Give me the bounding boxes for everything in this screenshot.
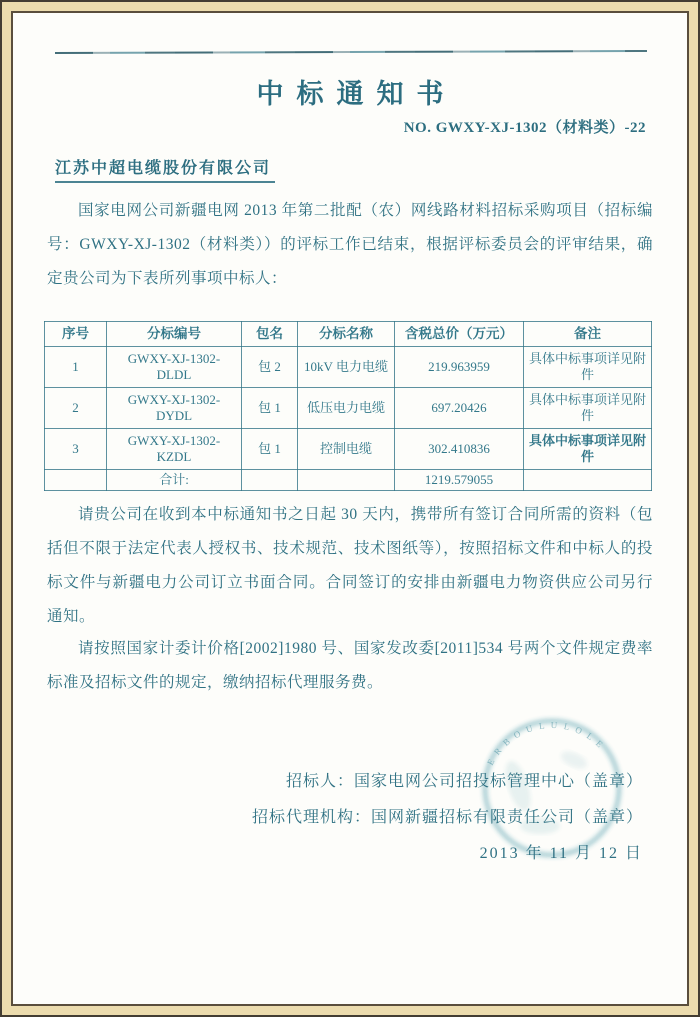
cell-empty — [524, 470, 652, 491]
cell-empty — [242, 470, 298, 491]
cell-remark: 具体中标事项详见附件 — [524, 347, 652, 388]
recipient-company-name: 江苏中超电缆股份有限公司 — [55, 155, 275, 183]
table-row: 2 GWXY-XJ-1302-DYDL 包 1 低压电力电缆 697.20426… — [45, 388, 652, 429]
cell-lot-name: 10kV 电力电缆 — [298, 347, 395, 388]
award-table-header-row: 序号 分标编号 包名 分标名称 含税总价（万元） 备注 — [45, 322, 652, 347]
cell-package: 包 1 — [242, 429, 298, 470]
cell-empty — [45, 470, 107, 491]
header-seq-no: 序号 — [45, 322, 107, 347]
cell-price: 697.20426 — [395, 388, 524, 429]
document-title: 中标通知书 — [0, 72, 700, 111]
cell-lot-code: GWXY-XJ-1302-DYDL — [107, 388, 242, 429]
table-row: 1 GWXY-XJ-1302-DLDL 包 2 10kV 电力电缆 219.96… — [45, 347, 652, 388]
cell-remark: 具体中标事项详见附件 — [524, 388, 652, 429]
cell-seq: 2 — [45, 388, 107, 429]
date-line: 2013 年 11 月 12 日 — [252, 836, 643, 872]
cell-seq: 3 — [45, 429, 107, 470]
signature-block: 招标人：国家电网公司招投标管理中心（盖章） 招标代理机构：国网新疆招标有限责任公… — [252, 764, 643, 872]
header-lot-name: 分标名称 — [298, 322, 395, 347]
cell-price: 219.963959 — [395, 347, 524, 388]
total-label: 合计: — [107, 470, 242, 491]
table-row: 3 GWXY-XJ-1302-KZDL 包 1 控制电缆 302.410836 … — [45, 429, 652, 470]
cell-package: 包 1 — [242, 388, 298, 429]
cell-package: 包 2 — [242, 347, 298, 388]
award-table: 序号 分标编号 包名 分标名称 含税总价（万元） 备注 1 GWXY-XJ-13… — [44, 321, 652, 491]
header-lot-code: 分标编号 — [107, 322, 242, 347]
cell-remark: 具体中标事项详见附件 — [524, 429, 652, 470]
fee-instructions-paragraph: 请按照国家计委计价格[2002]1980 号、国家发改委[2011]534 号两… — [47, 632, 653, 700]
contract-instructions-paragraph: 请贵公司在收到本中标通知书之日起 30 天内，携带所有签订合同所需的资料（包括但… — [47, 498, 653, 634]
header-package: 包名 — [242, 322, 298, 347]
agency-signature-line: 招标代理机构：国网新疆招标有限责任公司（盖章） — [252, 800, 643, 836]
cell-empty — [298, 470, 395, 491]
document-number: NO. GWXY-XJ-1302（材料类）-22 — [404, 116, 646, 137]
cell-lot-code: GWXY-XJ-1302-DLDL — [107, 347, 242, 388]
cell-price: 302.410836 — [395, 429, 524, 470]
cell-lot-code: GWXY-XJ-1302-KZDL — [107, 429, 242, 470]
cell-seq: 1 — [45, 347, 107, 388]
bidder-signature-line: 招标人：国家电网公司招投标管理中心（盖章） — [252, 764, 643, 800]
header-remark: 备注 — [524, 322, 652, 347]
total-value: 1219.579055 — [395, 470, 524, 491]
intro-paragraph: 国家电网公司新疆电网 2013 年第二批配（农）网线路材料招标采购项目（招标编号… — [47, 194, 653, 296]
header-total-price: 含税总价（万元） — [395, 322, 524, 347]
cell-lot-name: 低压电力电缆 — [298, 388, 395, 429]
table-total-row: 合计: 1219.579055 — [45, 470, 652, 491]
cell-lot-name: 控制电缆 — [298, 429, 395, 470]
